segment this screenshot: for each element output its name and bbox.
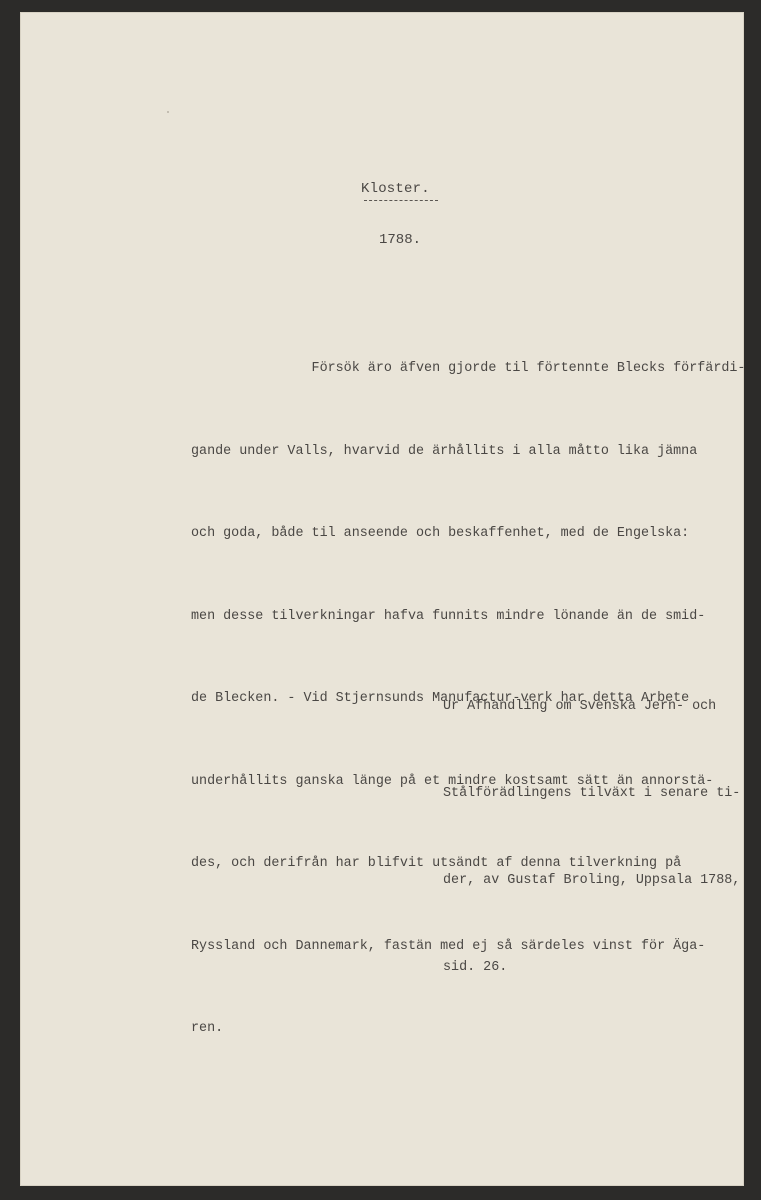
body-line: och goda, både til anseende och beskaffe… bbox=[191, 520, 751, 548]
body-line: gande under Valls, hvarvid de ärhållits … bbox=[191, 438, 751, 466]
document-heading: Kloster. bbox=[361, 181, 430, 197]
body-line: Försök äro äfven gjorde til förtennte Bl… bbox=[191, 355, 751, 383]
body-line: men desse tilverkningar hafva funnits mi… bbox=[191, 603, 751, 631]
source-citation: Ur Afhandling om Svenska Jern- och Stålf… bbox=[443, 634, 761, 1040]
citation-line: sid. 26. bbox=[443, 953, 761, 982]
document-page: Kloster. 1788. Försök äro äfven gjorde t… bbox=[21, 13, 743, 1185]
document-year: 1788. bbox=[379, 232, 421, 248]
heading-underline bbox=[364, 200, 438, 201]
citation-line: Stålförädlingens tilväxt i senare ti- bbox=[443, 779, 761, 808]
citation-line: Ur Afhandling om Svenska Jern- och bbox=[443, 692, 761, 721]
paper-speck bbox=[167, 111, 169, 113]
citation-line: der, av Gustaf Broling, Uppsala 1788, bbox=[443, 866, 761, 895]
